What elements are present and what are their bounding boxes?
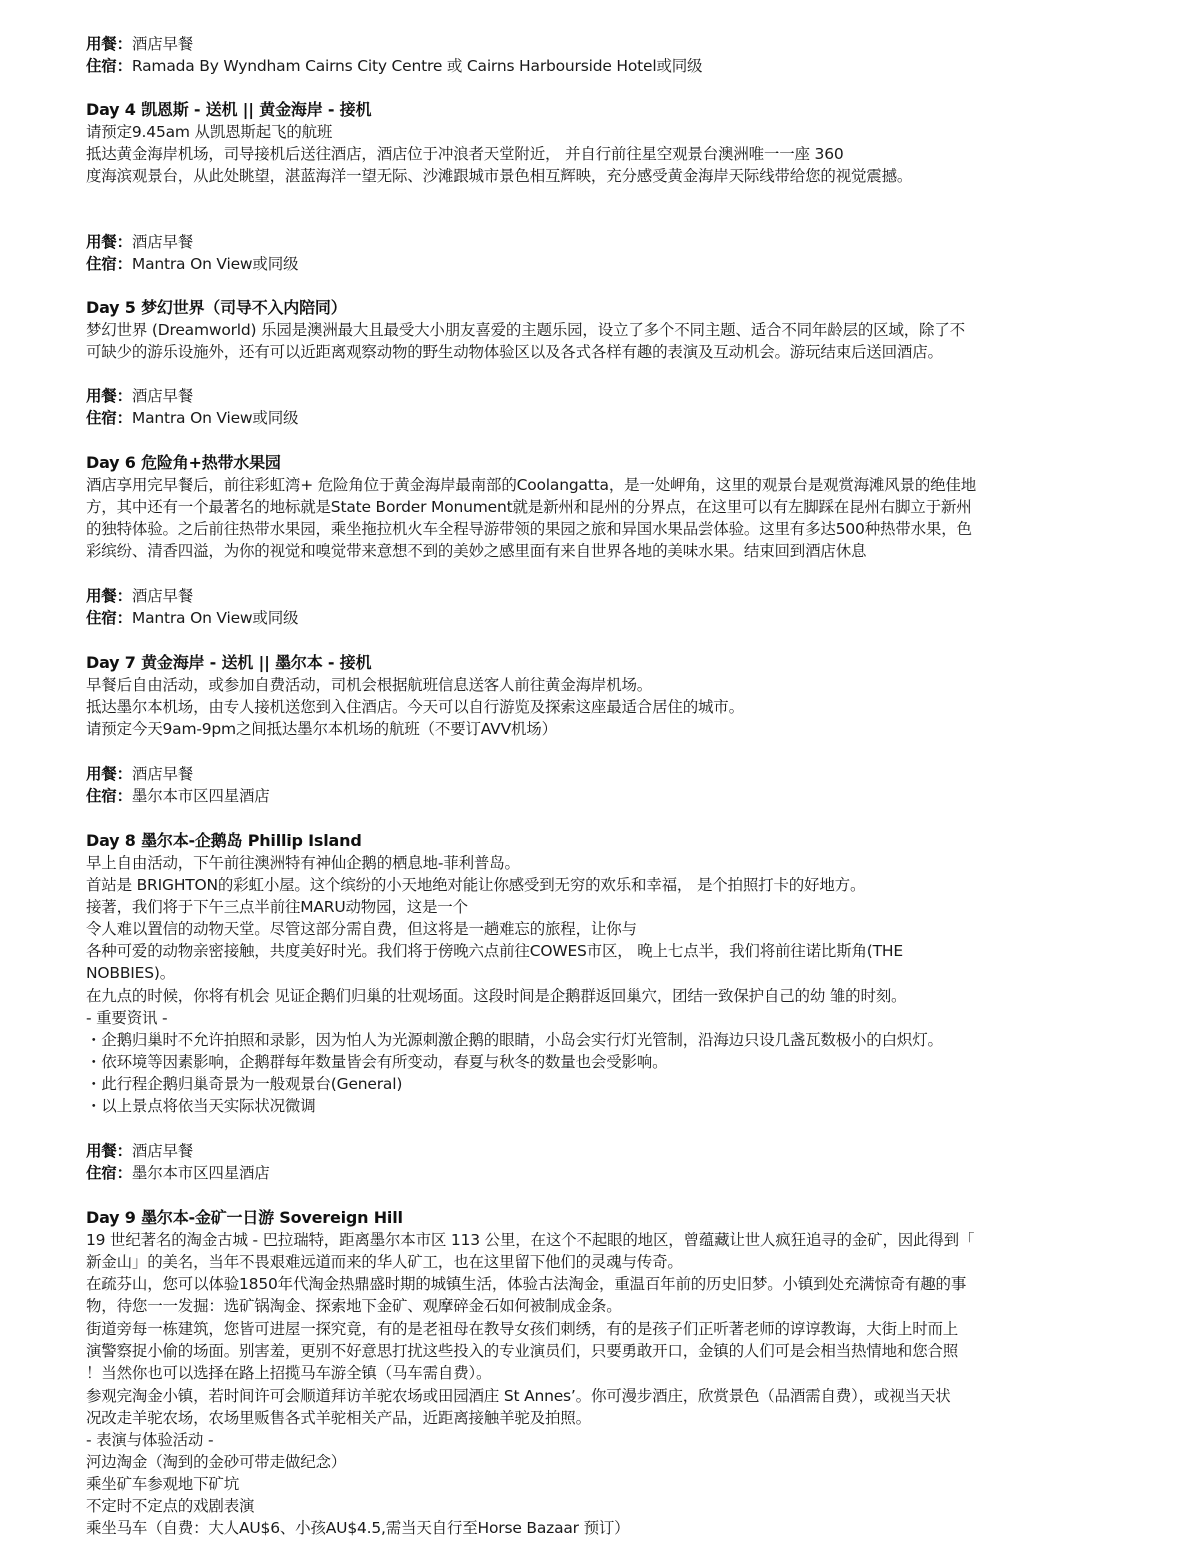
stay-value: Ramada By Wyndham Cairns City Centre 或 C… xyxy=(132,57,702,75)
stay-row: 住宿：墨尔本市区四星酒店 xyxy=(86,785,270,807)
day-5-line: 可缺少的游乐设施外，还有可以近距离观察动物的野生动物体验区以及各式各样有趣的表演… xyxy=(86,341,943,363)
day-9-line: 19 世纪著名的淘金古城 - 巴拉瑞特，距离墨尔本市区 113 公里，在这个不起… xyxy=(86,1229,974,1251)
meal-label: 用餐： xyxy=(86,765,132,783)
meal-value: 酒店早餐 xyxy=(132,233,193,251)
day-9-line: 街道旁每一栋建筑，您皆可进屋一探究竟，有的是老祖母在教导女孩们刺绣，有的是孩子们… xyxy=(86,1318,958,1340)
meal-row: 用餐：酒店早餐 xyxy=(86,585,193,607)
stay-row: 住宿：Ramada By Wyndham Cairns City Centre … xyxy=(86,55,702,77)
day-4-line: 抵达黄金海岸机场，司导接机后送往酒店，酒店位于冲浪者天堂附近， 并自行前往星空观… xyxy=(86,143,844,165)
day-4-title: Day 4 凯恩斯 - 送机 || 黄金海岸 - 接机 xyxy=(86,99,371,121)
day-7-line: 抵达墨尔本机场，由专人接机送您到入住酒店。今天可以自行游览及探索这座最适合居住的… xyxy=(86,696,744,718)
stay-value: Mantra On View或同级 xyxy=(132,409,298,427)
meal-value: 酒店早餐 xyxy=(132,1142,193,1160)
meal-value: 酒店早餐 xyxy=(132,587,193,605)
day-9-line: ！当然你也可以选择在路上招揽马车游全镇（马车需自费）。 xyxy=(86,1362,491,1384)
day-9-line: 在疏芬山，您可以体验1850年代淘金热鼎盛时期的城镇生活，体验古法淘金，重温百年… xyxy=(86,1273,966,1295)
stay-label: 住宿： xyxy=(86,1164,132,1182)
day-8-line: 首站是 BRIGHTON的彩虹小屋。这个缤纷的小天地绝对能让你感受到无穷的欢乐和… xyxy=(86,874,865,896)
day-9-activity: 不定时不定点的戏剧表演 xyxy=(86,1495,254,1517)
stay-row: 住宿：Mantra On View或同级 xyxy=(86,607,298,629)
day-8-line: 令人难以置信的动物天堂。尽管这部分需自费，但这将是一趟难忘的旅程，让你与 xyxy=(86,918,637,940)
stay-label: 住宿： xyxy=(86,609,132,627)
day-9-line: 参观完淘金小镇，若时间许可会顺道拜访羊驼农场或田园酒庄 St Annes’。你可… xyxy=(86,1385,950,1407)
day-9-line: 演警察捉小偷的场面。别害羞，更别不好意思打扰这些投入的专业演员们，只要勇敢开口，… xyxy=(86,1340,958,1362)
stay-value: 墨尔本市区四星酒店 xyxy=(132,787,270,805)
stay-label: 住宿： xyxy=(86,57,132,75)
stay-value: 墨尔本市区四星酒店 xyxy=(132,1164,270,1182)
stay-value: Mantra On View或同级 xyxy=(132,609,298,627)
stay-label: 住宿： xyxy=(86,787,132,805)
day-4-line: 请预定9.45am 从凯恩斯起飞的航班 xyxy=(86,121,332,143)
day-9-line: 新金山」的美名，当年不畏艰难远道而来的华人矿工，也在这里留下他们的灵魂与传奇。 xyxy=(86,1251,683,1273)
meal-value: 酒店早餐 xyxy=(132,35,193,53)
stay-row: 住宿：Mantra On View或同级 xyxy=(86,407,298,429)
day-9-activity: 河边淘金（淘到的金砂可带走做纪念） xyxy=(86,1451,346,1473)
day-9-activity: 乘坐马车（自费：大人AU$6、小孩AU$4.5,需当天自行至Horse Baza… xyxy=(86,1517,629,1539)
meal-value: 酒店早餐 xyxy=(132,765,193,783)
day-5-line: 梦幻世界 (Dreamworld) 乐园是澳洲最大且最受大小朋友喜爱的主题乐园，… xyxy=(86,319,965,341)
day-8-notice-item: ・企鹅归巢时不允许拍照和录影，因为怕人为光源刺激企鹅的眼睛，小岛会实行灯光管制，… xyxy=(86,1029,943,1051)
meal-label: 用餐： xyxy=(86,233,132,251)
meal-row: 用餐：酒店早餐 xyxy=(86,1140,193,1162)
stay-label: 住宿： xyxy=(86,409,132,427)
stay-row: 住宿：墨尔本市区四星酒店 xyxy=(86,1162,270,1184)
stay-label: 住宿： xyxy=(86,255,132,273)
meal-label: 用餐： xyxy=(86,387,132,405)
day-6-line: 酒店享用完早餐后，前往彩虹湾+ 危险角位于黄金海岸最南部的Coolangatta… xyxy=(86,474,976,496)
day-8-notice-item: ・以上景点将依当天实际状况微调 xyxy=(86,1095,316,1117)
day-8-line: NOBBIES)。 xyxy=(86,962,175,984)
day-8-line: 早上自由活动，下午前往澳洲特有神仙企鹅的栖息地-菲利普岛。 xyxy=(86,852,520,874)
day-8-line: 各种可爱的动物亲密接触，共度美好时光。我们将于傍晚六点前往COWES市区， 晚上… xyxy=(86,940,903,962)
meal-label: 用餐： xyxy=(86,1142,132,1160)
day-5-title: Day 5 梦幻世界（司导不入内陪同） xyxy=(86,297,347,319)
meal-value: 酒店早餐 xyxy=(132,387,193,405)
meal-label: 用餐： xyxy=(86,587,132,605)
day-8-line: 接著，我们将于下午三点半前往MARU动物园，这是一个 xyxy=(86,896,468,918)
meal-row: 用餐：酒店早餐 xyxy=(86,385,193,407)
meal-row: 用餐：酒店早餐 xyxy=(86,231,193,253)
day-6-line: 的独特体验。之后前往热带水果园，乘坐拖拉机火车全程导游带领的果园之旅和异国水果品… xyxy=(86,518,972,540)
day-8-notice-heading: - 重要资讯 - xyxy=(86,1007,167,1029)
day-7-line: 请预定今天9am-9pm之间抵达墨尔本机场的航班（不要订AVV机场） xyxy=(86,718,557,740)
day-7-line: 早餐后自由活动，或参加自费活动，司机会根据航班信息送客人前往黄金海岸机场。 xyxy=(86,674,652,696)
day-8-notice-item: ・依环境等因素影响，企鹅群每年数量皆会有所变动，春夏与秋冬的数量也会受影响。 xyxy=(86,1051,667,1073)
stay-row: 住宿：Mantra On View或同级 xyxy=(86,253,298,275)
day-9-activity: 乘坐矿车参观地下矿坑 xyxy=(86,1473,239,1495)
meal-row: 用餐：酒店早餐 xyxy=(86,763,193,785)
stay-value: Mantra On View或同级 xyxy=(132,255,298,273)
day-4-line: 度海滨观景台，从此处眺望，湛蓝海洋一望无际、沙滩跟城市景色相互辉映，充分感受黄金… xyxy=(86,165,912,187)
day-9-title: Day 9 墨尔本-金矿一日游 Sovereign Hill xyxy=(86,1207,403,1229)
day-6-title: Day 6 危险角+热带水果园 xyxy=(86,452,281,474)
meal-label: 用餐： xyxy=(86,35,132,53)
day-6-line: 方，其中还有一个最著名的地标就是State Border Monument就是新… xyxy=(86,496,972,518)
day-6-line: 彩缤纷、清香四溢，为你的视觉和嗅觉带来意想不到的美妙之感里面有来自世界各地的美味… xyxy=(86,540,866,562)
day-9-line: 物，待您一一发掘：选矿锅淘金、探索地下金矿、观摩碎金石如何被制成金条。 xyxy=(86,1295,622,1317)
day-8-title: Day 8 墨尔本-企鹅岛 Phillip Island xyxy=(86,830,362,852)
day-8-line: 在九点的时候，你将有机会 见证企鹅们归巢的壮观场面。这段时间是企鹅群返回巢穴，团… xyxy=(86,985,906,1007)
meal-row: 用餐：酒店早餐 xyxy=(86,33,193,55)
day-7-title: Day 7 黄金海岸 - 送机 || 墨尔本 - 接机 xyxy=(86,652,371,674)
day-8-notice-item: ・此行程企鹅归巢奇景为一般观景台(General) xyxy=(86,1073,402,1095)
day-9-line: 况改走羊驼农场，农场里贩售各式羊驼相关产品，近距离接触羊驼及拍照。 xyxy=(86,1407,591,1429)
day-9-activities-heading: - 表演与体验活动 - xyxy=(86,1429,213,1451)
